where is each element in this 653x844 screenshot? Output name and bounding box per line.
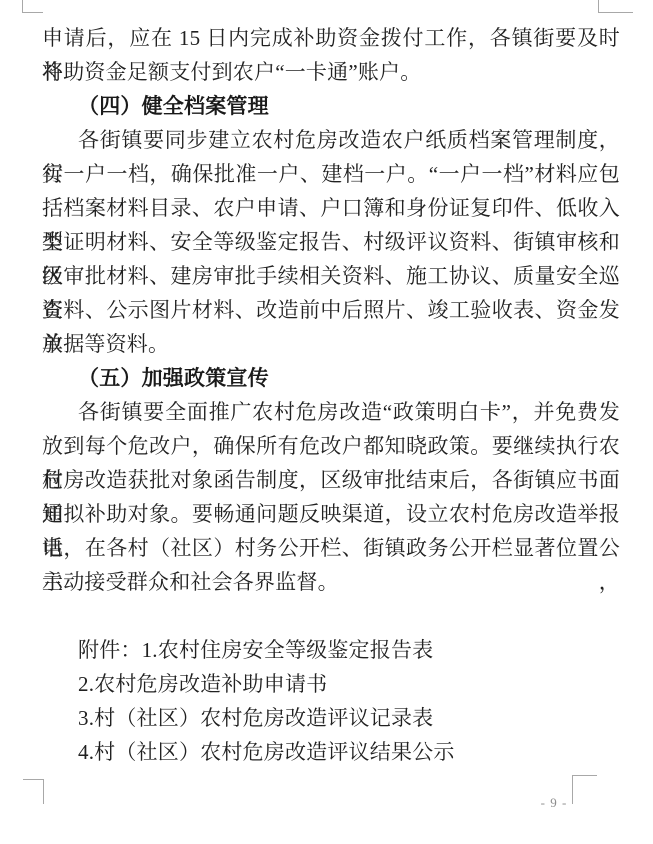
corner-mark-top-left [22, 0, 43, 13]
attachment-line: 附件：1.农村住房安全等级鉴定报告表 [42, 633, 620, 667]
body-text-line: 申请后，应在 15 日内完成补助资金拨付工作，各镇街要及时将 [42, 21, 620, 55]
corner-mark-bottom-left [23, 779, 44, 804]
document-page: 申请后，应在 15 日内完成补助资金拨付工作，各镇街要及时将补助资金足额支付到农… [0, 0, 653, 844]
body-text-line: 放到每个危改户，确保所有危改户都知晓政策。要继续执行农村 [42, 429, 620, 463]
body-text-line: 型证明材料、安全等级鉴定报告、村级评议资料、街镇审核和区 [42, 225, 620, 259]
body-text-line: 各街镇要同步建立农村危房改造农户纸质档案管理制度，实 [42, 123, 620, 157]
body-text-line: 各街镇要全面推广农村危房改造“政策明白卡”，并免费发 [42, 395, 620, 429]
page-number: - 9 - [531, 795, 577, 811]
body-text-line: 行一户一档，确保批准一户、建档一户。“一户一档”材料应包 [42, 157, 620, 191]
attachment-line: 3.村（社区）农村危房改造评议记录表 [42, 701, 620, 735]
section-heading: （五）加强政策宣传 [42, 361, 620, 395]
body-text-line: 资料、公示图片材料、改造前中后照片、竣工验收表、资金发放 [42, 293, 620, 327]
blank-line [42, 599, 620, 633]
section-heading: （四）健全档案管理 [42, 89, 620, 123]
body-text-line: 单据等资料。 [42, 327, 620, 361]
body-text-line: 级审批材料、建房审批手续相关资料、施工协议、质量安全巡查 [42, 259, 620, 293]
body-text-line: 补助资金足额支付到农户“一卡通”账户。 [42, 55, 620, 89]
attachment-line: 4.村（社区）农村危房改造评议结果公示 [42, 735, 620, 769]
attachment-line: 2.农村危房改造补助申请书 [42, 667, 620, 701]
body-text-line: 括档案材料目录、农户申请、户口簿和身份证复印件、低收入类 [42, 191, 620, 225]
document-body: 申请后，应在 15 日内完成补助资金拨付工作，各镇街要及时将补助资金足额支付到农… [42, 21, 620, 769]
body-text-line: 危房改造获批对象函告制度，区级审批结束后，各街镇应书面通 [42, 463, 620, 497]
body-text-line: 话，在各村（社区）村务公开栏、街镇政务公开栏显著位置公示， [42, 531, 620, 565]
body-text-line: 知拟补助对象。要畅通问题反映渠道，设立农村危房改造举报电 [42, 497, 620, 531]
corner-mark-top-right [598, 0, 633, 13]
